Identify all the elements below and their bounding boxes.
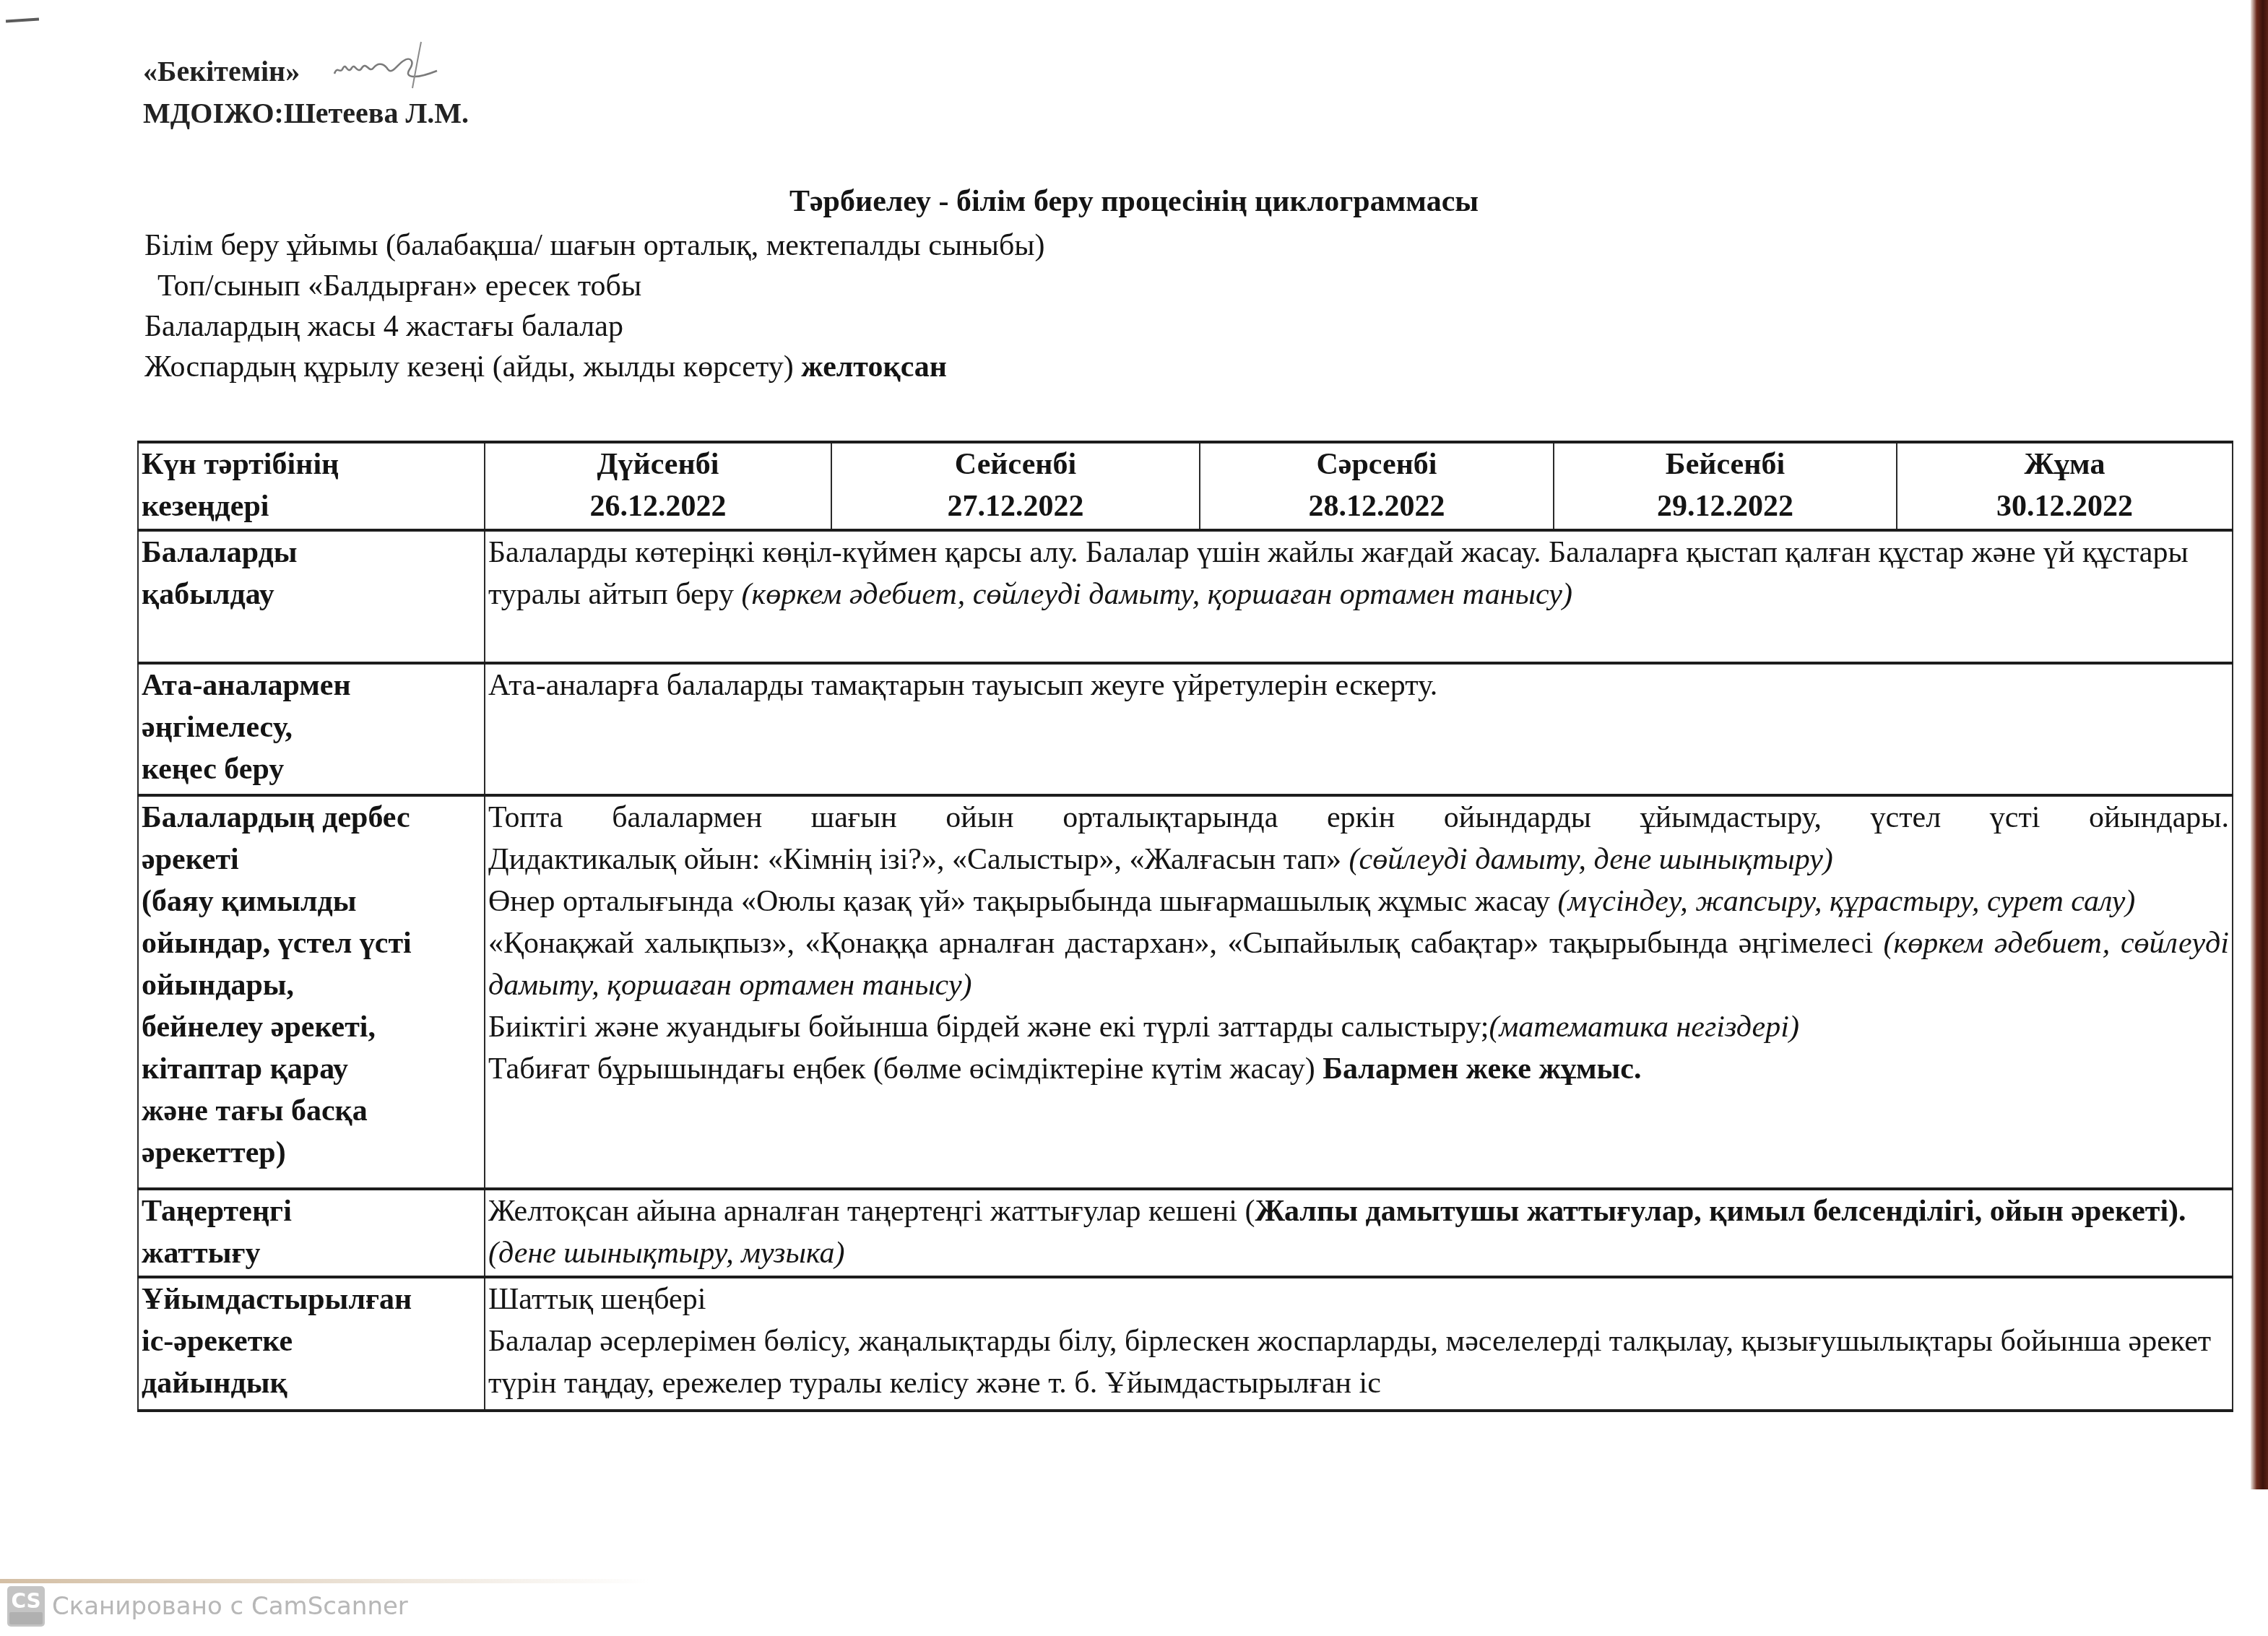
approval-block: «Бекітемін» МДОІЖО:Шетеева Л.М. <box>143 51 473 134</box>
row-content-organized-activity-prep: Шаттық шеңбері Балалар әсерлерімен бөліс… <box>485 1277 2233 1411</box>
header-first-line: Күн тәртібінің <box>142 443 481 485</box>
activity-line: Өнер орталығында «Оюлы қазақ үй» тақырыб… <box>488 880 2229 922</box>
header-day-friday: Жұма 30.12.2022 <box>1897 442 2233 530</box>
content-text: Балалар әсерлерімен бөлісу, жаңалықтарды… <box>488 1320 2229 1404</box>
row-label-parents: Ата-аналармен әңгімелесу, кеңес беру <box>138 663 485 795</box>
label-line: Балаларды <box>142 532 481 574</box>
content-subject-tags: (дене шынықтыру, музыка) <box>488 1237 845 1270</box>
day-date: 28.12.2022 <box>1203 485 1550 527</box>
activity-line: Биіктігі және жуандығы бойынша бірдей жә… <box>488 1006 2229 1048</box>
label-line: Ата-аналармен <box>142 665 481 706</box>
meta-group: Топ/сынып «Балдырған» ересек тобы <box>144 266 1044 306</box>
cyclogram-table: Күн тәртібінің кезеңдері Дүйсенбі 26.12.… <box>137 441 2233 1412</box>
content-text: Табиғат бұрышындағы еңбек (бөлме өсімдік… <box>488 1052 1323 1086</box>
camscanner-logo-text: CS <box>11 1589 40 1613</box>
day-date: 27.12.2022 <box>835 485 1196 527</box>
watermark-text: Сканировано с CamScanner <box>52 1592 408 1621</box>
table-row: Ұйымдастырылған іс-әрекетке дайындық Шат… <box>138 1277 2233 1411</box>
label-line: (баяу қимылды <box>142 880 481 922</box>
row-label-reception: Балаларды қабылдау <box>138 530 485 663</box>
label-line: және тағы басқа <box>142 1090 481 1132</box>
row-label-organized-activity-prep: Ұйымдастырылған іс-әрекетке дайындық <box>138 1277 485 1411</box>
document-title: Тәрбиелеу - білім беру процесінің циклог… <box>0 184 2268 219</box>
header-day-monday: Дүйсенбі 26.12.2022 <box>485 442 831 530</box>
row-content-morning-exercise: Желтоқсан айына арналған таңертеңгі жатт… <box>485 1189 2233 1277</box>
meta-period-value: желтоқсан <box>801 350 947 384</box>
day-date: 30.12.2022 <box>1900 485 2229 527</box>
day-date: 26.12.2022 <box>488 485 828 527</box>
label-line: ойындары, <box>142 964 481 1006</box>
label-line: әрекеттер) <box>142 1132 481 1174</box>
label-line: кеңес беру <box>142 748 481 790</box>
approval-signer: МДОІЖО:Шетеева Л.М. <box>143 92 473 134</box>
content-text: Дидактикалық ойын: «Кімнің ізі?», «Салыс… <box>488 843 1349 876</box>
day-name: Сәрсенбі <box>1203 443 1550 485</box>
label-line: ойындар, үстел үсті <box>142 922 481 964</box>
content-subject-tags: (мүсіндеу, жапсыру, құрастыру, сурет сал… <box>1557 885 2135 918</box>
header-day-tuesday: Сейсенбі 27.12.2022 <box>831 442 1200 530</box>
day-name: Сейсенбі <box>835 443 1196 485</box>
content-text: Желтоқсан айына арналған таңертеңгі жатт… <box>488 1195 1255 1228</box>
content-emphasis: Жалпы дамытушы жаттығулар, қимыл белсенд… <box>1255 1195 2186 1228</box>
camscanner-watermark: CS Сканировано с CamScanner <box>7 1586 408 1627</box>
content-subject-tags: (математика негіздері) <box>1489 1010 1799 1044</box>
content-text: Биіктігі және жуандығы бойынша бірдей жә… <box>488 1010 1489 1044</box>
header-day-wednesday: Сәрсенбі 28.12.2022 <box>1200 442 1554 530</box>
row-label-independent-activity: Балалардың дербес әрекеті (баяу қимылды … <box>138 795 485 1189</box>
scan-edge-mark <box>6 17 39 22</box>
label-line: жаттығу <box>142 1232 481 1274</box>
label-line: әңгімелесу, <box>142 706 481 748</box>
content-text: Топта балалармен шағын ойын орталықтарын… <box>488 801 2229 834</box>
day-name: Дүйсенбі <box>488 443 828 485</box>
day-name: Бейсенбі <box>1557 443 1893 485</box>
day-date: 29.12.2022 <box>1557 485 1893 527</box>
row-content-independent-activity: Топта балалармен шағын ойын орталықтарын… <box>485 795 2233 1189</box>
header-second-line: кезеңдері <box>142 485 481 527</box>
content-text: Шаттық шеңбері <box>488 1278 2229 1320</box>
content-subject-tags: (сөйлеуді дамыту, дене шынықтыру) <box>1349 843 1833 876</box>
label-line: қабылдау <box>142 574 481 615</box>
content-emphasis: Балармен жеке жұмыс. <box>1323 1052 1641 1086</box>
approval-label: «Бекітемін» <box>143 51 300 92</box>
content-subject-tags: (көркем әдебиет, сөйлеуді дамыту, қоршағ… <box>742 578 1572 611</box>
row-content-reception: Балаларды көтеріңкі көңіл-күймен қарсы а… <box>485 530 2233 663</box>
scan-bottom-edge <box>0 1579 650 1583</box>
label-line: Таңертеңгі <box>142 1190 481 1232</box>
label-line: Ұйымдастырылған <box>142 1278 481 1320</box>
label-line: іс-әрекетке <box>142 1320 481 1362</box>
camscanner-logo-icon: CS <box>7 1586 45 1627</box>
row-label-morning-exercise: Таңертеңгі жаттығу <box>138 1189 485 1277</box>
activity-line: Дидактикалық ойын: «Кімнің ізі?», «Салыс… <box>488 839 2229 880</box>
content-text: Ата-аналарға балаларды тамақтарын тауысы… <box>488 669 1437 702</box>
label-line: бейнелеу әрекеті, <box>142 1006 481 1048</box>
row-content-parents: Ата-аналарға балаларды тамақтарын тауысы… <box>485 663 2233 795</box>
activity-line: Табиғат бұрышындағы еңбек (бөлме өсімдік… <box>488 1048 2229 1090</box>
table-header-row: Күн тәртібінің кезеңдері Дүйсенбі 26.12.… <box>138 442 2233 530</box>
table-row: Балалардың дербес әрекеті (баяу қимылды … <box>138 795 2233 1189</box>
header-day-schedule: Күн тәртібінің кезеңдері <box>138 442 485 530</box>
signature-icon <box>329 39 473 90</box>
header-day-thursday: Бейсенбі 29.12.2022 <box>1554 442 1897 530</box>
label-line: кітаптар қарау <box>142 1048 481 1090</box>
label-line: Балалардың дербес <box>142 797 481 839</box>
scan-paper-edge <box>2251 0 2268 1489</box>
content-text: Өнер орталығында «Оюлы қазақ үй» тақырыб… <box>488 885 1557 918</box>
table-row: Ата-аналармен әңгімелесу, кеңес беру Ата… <box>138 663 2233 795</box>
meta-period: Жоспардың құрылу кезеңі (айды, жылды көр… <box>144 347 1044 387</box>
activity-line: «Қонақжай халықпыз», «Қонаққа арналған д… <box>488 922 2229 1006</box>
meta-period-label: Жоспардың құрылу кезеңі (айды, жылды көр… <box>144 350 794 384</box>
document-meta: Білім беру ұйымы (балабақша/ шағын ортал… <box>144 225 1044 387</box>
activity-line: Топта балалармен шағын ойын орталықтарын… <box>488 797 2229 839</box>
table-row: Таңертеңгі жаттығу Желтоқсан айына арнал… <box>138 1189 2233 1277</box>
label-line: әрекеті <box>142 839 481 880</box>
label-line: дайындық <box>142 1362 481 1404</box>
day-name: Жұма <box>1900 443 2229 485</box>
meta-organization: Білім беру ұйымы (балабақша/ шағын ортал… <box>144 225 1044 266</box>
meta-age: Балалардың жасы 4 жастағы балалар <box>144 306 1044 347</box>
content-text: «Қонақжай халықпыз», «Қонаққа арналған д… <box>488 927 1884 960</box>
table-row: Балаларды қабылдау Балаларды көтеріңкі к… <box>138 530 2233 663</box>
